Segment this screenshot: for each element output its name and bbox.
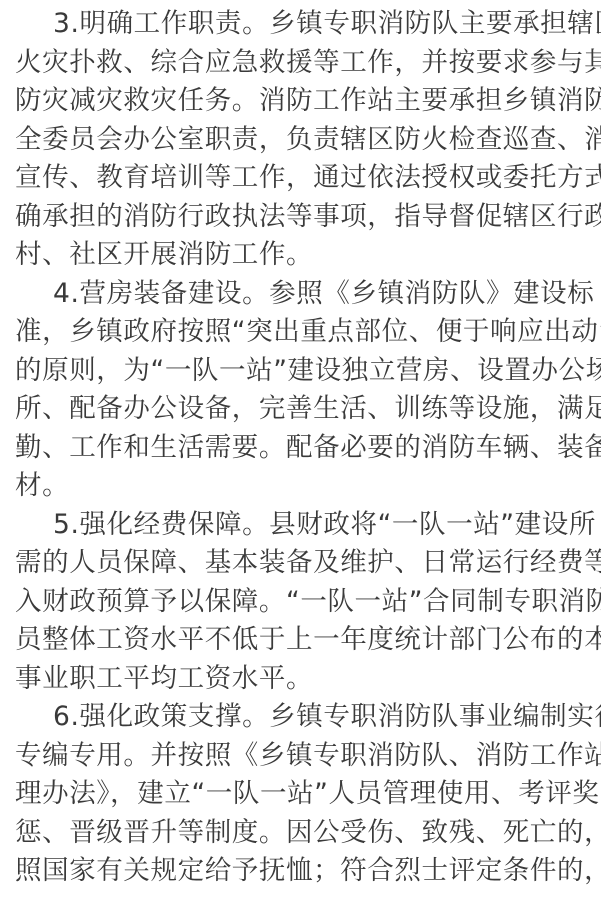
text-line: 事业职工平均工资水平。: [15, 660, 595, 699]
text-line: 照国家有关规定给予抚恤；符合烈士评定条件的，按: [15, 852, 595, 891]
text-line: 勤、工作和生活需要。配备必要的消防车辆、装备器: [15, 429, 595, 468]
paragraph-item-4: 4.营房装备建设。参照《乡镇消防队》建设标 准，乡镇政府按照“突出重点部位、便于…: [15, 275, 595, 506]
text-line: 全委员会办公室职责，负责辖区防火检查巡查、消防: [15, 121, 595, 160]
paragraph-item-5: 5.强化经费保障。县财政将“一队一站”建设所 需的人员保障、基本装备及维护、日常…: [15, 506, 595, 699]
text-line: 6.强化政策支撑。乡镇专职消防队事业编制实行: [15, 698, 595, 737]
text-line: 专编专用。并按照《乡镇专职消防队、消防工作站管: [15, 737, 595, 776]
text-line: 理办法》，建立“一队一站”人员管理使用、考评奖: [15, 775, 595, 814]
text-line: 材。: [15, 467, 595, 506]
text-line: 5.强化经费保障。县财政将“一队一站”建设所: [15, 506, 595, 545]
text-line: 村、社区开展消防工作。: [15, 236, 595, 275]
text-line: 火灾扑救、综合应急救援等工作，并按要求参与其他: [15, 44, 595, 83]
article-body: 3.明确工作职责。乡镇专职消防队主要承担辖区 火灾扑救、综合应急救援等工作，并按…: [15, 5, 595, 891]
paragraph-item-3: 3.明确工作职责。乡镇专职消防队主要承担辖区 火灾扑救、综合应急救援等工作，并按…: [15, 5, 595, 275]
text-line: 入财政预算予以保障。“一队一站”合同制专职消防: [15, 583, 595, 622]
text-line: 4.营房装备建设。参照《乡镇消防队》建设标: [15, 275, 595, 314]
text-line: 需的人员保障、基本装备及维护、日常运行经费等纳: [15, 544, 595, 583]
text-line: 3.明确工作职责。乡镇专职消防队主要承担辖区: [15, 5, 595, 44]
text-line: 确承担的消防行政执法等事项，指导督促辖区行政: [15, 198, 595, 237]
paragraph-item-6: 6.强化政策支撑。乡镇专职消防队事业编制实行 专编专用。并按照《乡镇专职消防队、…: [15, 698, 595, 891]
text-line: 宣传、教育培训等工作，通过依法授权或委托方式明: [15, 159, 595, 198]
text-line: 员整体工资水平不低于上一年度统计部门公布的本地: [15, 621, 595, 660]
text-line: 的原则，为“一队一站”建设独立营房、设置办公场: [15, 352, 595, 391]
text-line: 惩、晋级晋升等制度。因公受伤、致残、死亡的，按: [15, 814, 595, 853]
text-line: 防灾减灾救灾任务。消防工作站主要承担乡镇消防安: [15, 82, 595, 121]
text-line: 所、配备办公设备，完善生活、训练等设施，满足执: [15, 390, 595, 429]
text-line: 准，乡镇政府按照“突出重点部位、便于响应出动”: [15, 313, 595, 352]
